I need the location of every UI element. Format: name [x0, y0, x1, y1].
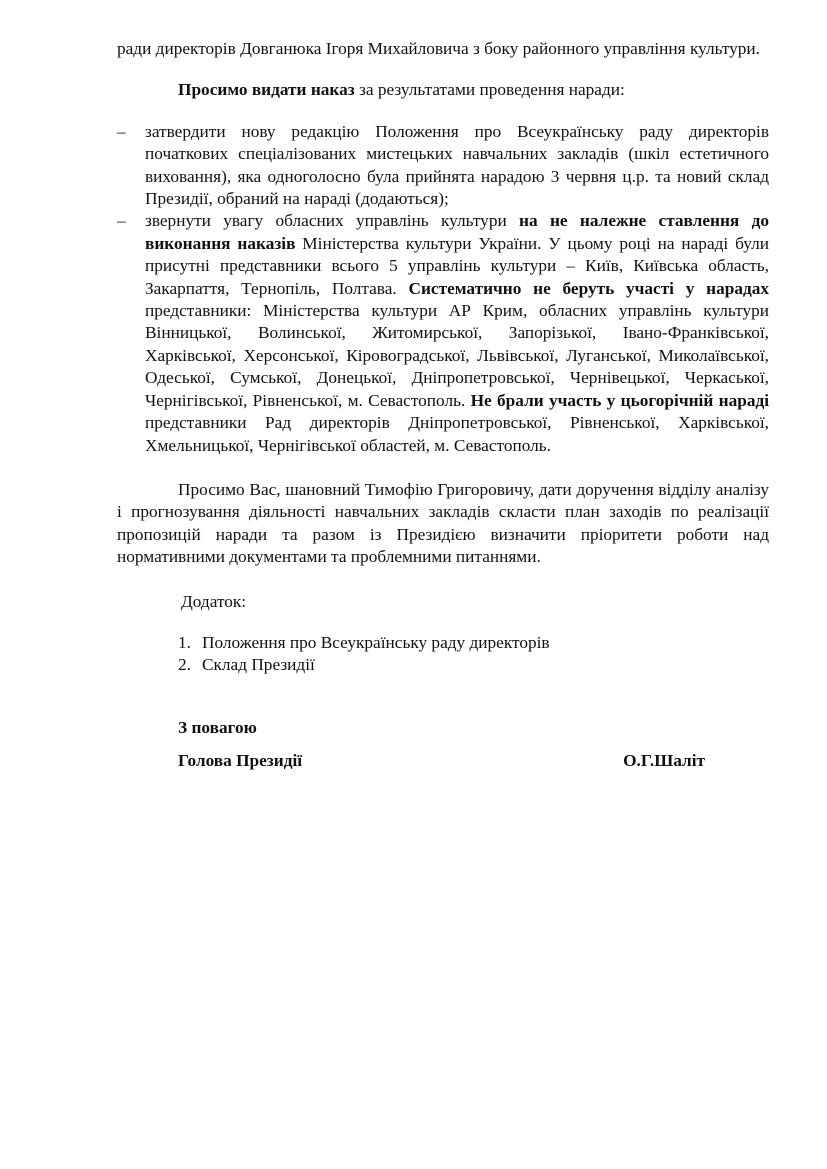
closing-phrase: З повагою	[178, 717, 769, 739]
opening-paragraph: ради директорів Довганюка Ігоря Михайлов…	[117, 38, 769, 60]
annex-list: 1. Положення про Всеукраїнську раду дире…	[178, 632, 769, 677]
bullet-bold-segment: Систематично не беруть участі у нарадах	[408, 279, 769, 298]
signatory-position: Голова Президії	[178, 750, 302, 772]
bullet-text: звернути увагу обласних управлінь культу…	[145, 210, 769, 456]
bullet-text-segment: звернути увагу обласних управлінь культу…	[145, 211, 519, 230]
bullet-bold-segment: Не брали участь у цьогорічній нараді	[471, 391, 769, 410]
dash-bullet-icon: –	[117, 210, 131, 232]
annex-item: 1. Положення про Всеукраїнську раду дире…	[178, 632, 769, 654]
annex-item-text: Положення про Всеукраїнську раду директо…	[202, 632, 550, 654]
signature-block: Голова Президії О.Г.Шаліт	[178, 750, 705, 772]
annex-item-number: 2.	[178, 654, 202, 676]
request-bullet-list: – затвердити нову редакцію Положення про…	[117, 121, 769, 457]
request-bold-text: Просимо видати наказ	[178, 80, 355, 99]
annex-item: 2. Склад Президії	[178, 654, 769, 676]
bullet-item-attention-regional-departments: – звернути увагу обласних управлінь куль…	[117, 210, 769, 456]
dash-bullet-icon: –	[117, 121, 131, 143]
annex-title: Додаток:	[181, 591, 769, 613]
bullet-text: затвердити нову редакцію Положення про В…	[145, 121, 769, 211]
bullet-item-approve-regulation: – затвердити нову редакцію Положення про…	[117, 121, 769, 211]
signatory-name: О.Г.Шаліт	[623, 750, 705, 772]
document-page: ради директорів Довганюка Ігоря Михайлов…	[117, 38, 769, 773]
bullet-text-segment: представники Рад директорів Дніпропетров…	[145, 413, 769, 454]
request-text: за результатами проведення наради:	[355, 80, 625, 99]
appeal-paragraph: Просимо Вас, шановний Тимофію Григорович…	[117, 479, 769, 569]
annex-item-number: 1.	[178, 632, 202, 654]
request-paragraph: Просимо видати наказ за результатами про…	[117, 79, 769, 101]
annex-item-text: Склад Президії	[202, 654, 315, 676]
